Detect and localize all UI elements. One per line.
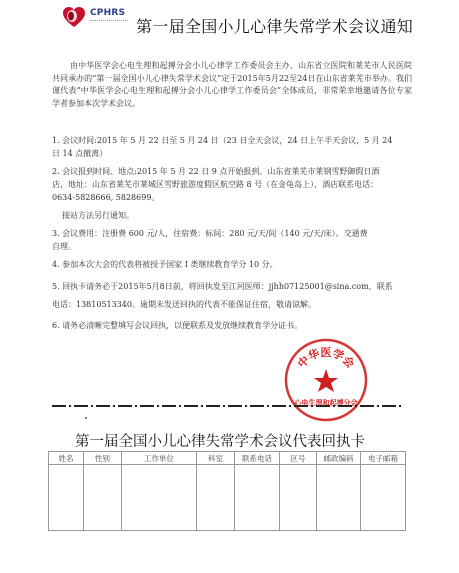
cell-department[interactable] xyxy=(197,465,235,531)
item-2-line-3: 0634-5828666, 5828699。 xyxy=(52,192,159,203)
cell-workplace[interactable] xyxy=(122,465,197,531)
item-1-line-2: 日 14 点撤离） xyxy=(52,148,107,159)
item-3-line-2: 自理。 xyxy=(52,241,76,252)
logo-brand-text: CPHRS xyxy=(90,8,125,18)
cut-line-divider xyxy=(52,405,402,407)
col-header-area-code: 区号 xyxy=(280,452,317,465)
pickup-note: 接站方法另行通知。 xyxy=(62,210,134,221)
table-row xyxy=(49,465,406,531)
col-header-postal-code: 邮政编码 xyxy=(317,452,361,465)
col-header-name: 姓名 xyxy=(49,452,84,465)
cell-name[interactable] xyxy=(49,465,84,531)
cell-phone[interactable] xyxy=(235,465,280,531)
col-header-department: 科室 xyxy=(197,452,235,465)
stamp-top-text: 中华医学会 xyxy=(295,345,358,371)
cell-postal-code[interactable] xyxy=(317,465,361,531)
heart-logo-icon xyxy=(62,6,86,28)
svg-text:中华医学会: 中华医学会 xyxy=(295,345,358,371)
page-title: 第一届全国小儿心律失常学术会议通知 xyxy=(136,14,413,37)
stray-dot xyxy=(85,417,87,419)
item-5-line-2: 电话：13810513340。逾期未发送回执的代表不能保证住宿，敬请谅解。 xyxy=(52,299,316,310)
col-header-workplace: 工作单位 xyxy=(122,452,197,465)
intro-paragraph: 由中华医学会心电生理和起搏分会小儿心律学工作委员会主办、山东省立医院和莱芜市人民… xyxy=(52,60,412,110)
item-6-line: 6. 请务必清晰完整填写会议回执，以便联系及发放继续教育学分证书。 xyxy=(52,320,302,331)
item-4-line: 4. 参加本次大会的代表将被授予国家 I 类继续教育学分 10 分。 xyxy=(52,259,278,270)
item-2-line-1: 2. 会议报到时间、地点:2015 年 5 月 22 日 9 点开始报到。山东省… xyxy=(52,166,379,177)
cell-area-code[interactable] xyxy=(280,465,317,531)
cphrs-logo: CPHRS xyxy=(62,6,134,28)
table-header-row: 姓名 性别 工作单位 科室 联系电话 区号 邮政编码 电子邮箱 xyxy=(49,452,406,465)
cell-gender[interactable] xyxy=(84,465,122,531)
logo-subtitle xyxy=(90,20,128,24)
col-header-email: 电子邮箱 xyxy=(361,452,406,465)
item-1-line-1: 1. 会议时间:2015 年 5 月 22 日至 5 月 24 日（23 日全天… xyxy=(52,135,392,146)
cell-email[interactable] xyxy=(361,465,406,531)
receipt-title: 第一届全国小儿心律失常学术会议代表回执卡 xyxy=(75,430,365,451)
item-5-line-1: 5. 回执卡请务必于2015年5月8日前，将回执发至江河医师：jjhh07125… xyxy=(52,281,393,292)
col-header-phone: 联系电话 xyxy=(235,452,280,465)
item-2-line-2: 店，地址：山东省莱芜市莱城区雪野旅游度假区航空路 8 号（在金龟岛上），酒店联系… xyxy=(52,179,378,190)
col-header-gender: 性别 xyxy=(84,452,122,465)
official-seal-stamp: 中华医学会 心电生理和起搏分会 xyxy=(283,337,369,423)
item-3-line-1: 3. 会议费用：注册费 600 元/人，住宿费：标间：280 元/天/间（140… xyxy=(52,228,368,239)
receipt-table: 姓名 性别 工作单位 科室 联系电话 区号 邮政编码 电子邮箱 xyxy=(48,451,406,531)
